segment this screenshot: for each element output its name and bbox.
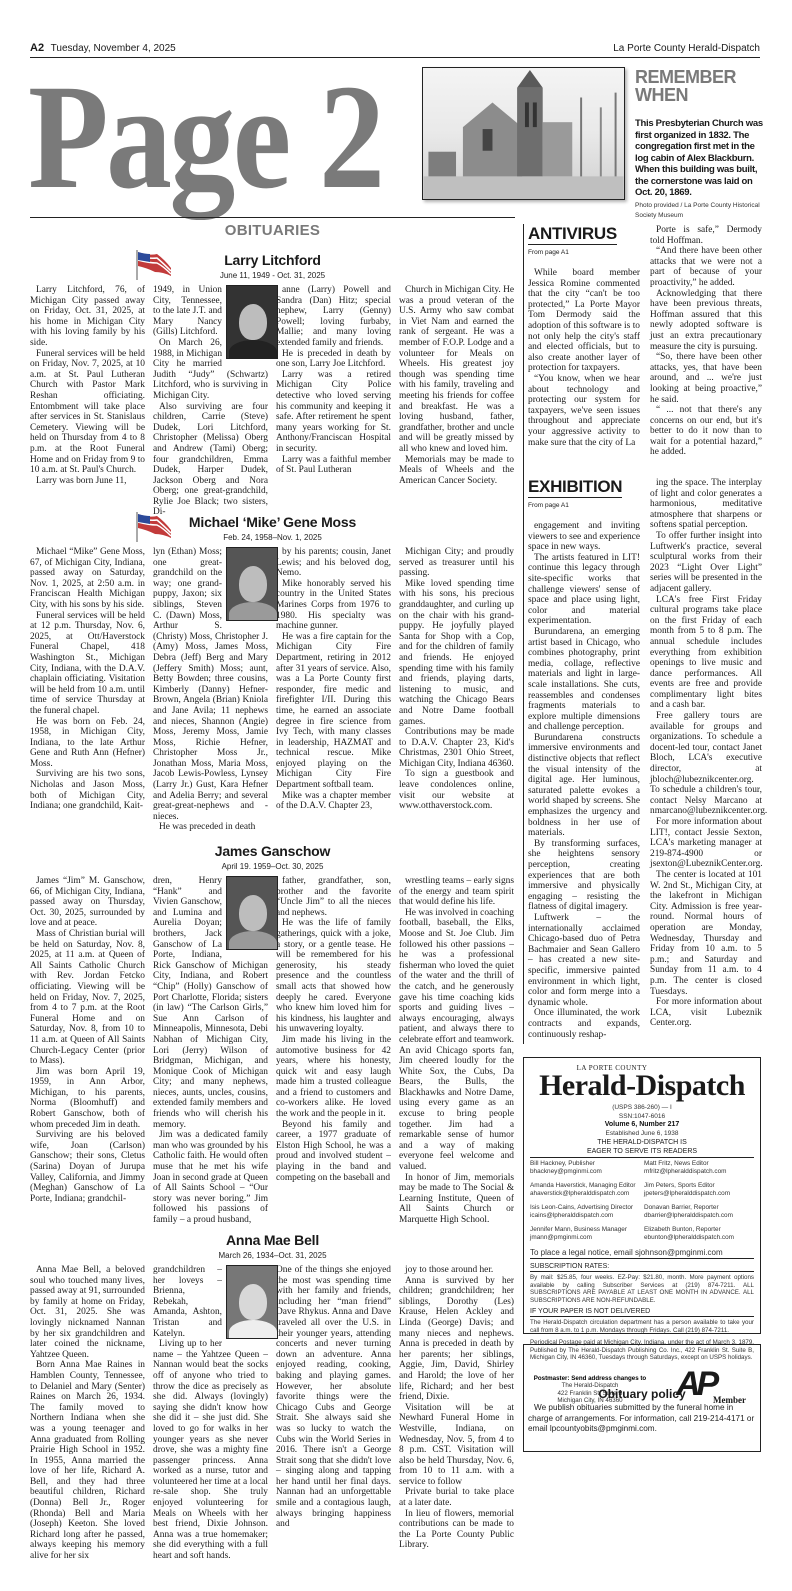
- staff-email[interactable]: dbarrier@lpheralddispatch.com: [644, 1212, 754, 1220]
- obituary-policy-box: Obituary policy We publish obituaries su…: [523, 1344, 761, 1452]
- obituary-column: Anna Mae Bell, a beloved soul who touche…: [30, 1265, 145, 1562]
- obituary-name: Larry Litchford: [30, 252, 515, 268]
- story-column: engagement and inviting viewers to see a…: [528, 521, 640, 1040]
- obituary-column: 1949, in Union City, Tennessee, to the l…: [153, 285, 268, 518]
- issue-date: Tuesday, November 4, 2025: [51, 43, 176, 54]
- obituary-column: James “Jim” M. Ganschow, 66, of Michigan…: [30, 876, 145, 1226]
- obituary-column: by his parents; cousin, Janet Lewis; and…: [276, 547, 391, 833]
- obituary-column: lyn (Ethan) Moss; one great-grandchild o…: [153, 547, 268, 833]
- exhibition-story: EXHIBITION From page A1 engagement and i…: [520, 478, 765, 1040]
- staff-list: Bill Hackney, Publisherbhackney@pmginmi.…: [530, 1160, 754, 1242]
- photo-credit: Photo provided / La Porte County Histori…: [635, 201, 765, 221]
- portrait-photo: [226, 547, 278, 621]
- policy-title: Obituary policy: [528, 1387, 756, 1401]
- header-left: A2 Tuesday, November 4, 2025: [30, 42, 176, 54]
- obituary-ganschow: James Ganschow April 19. 1959–Oct. 30, 2…: [30, 843, 515, 1226]
- obituary-moss: Michael ‘Mike’ Gene Moss Feb. 24, 1958–N…: [30, 514, 515, 833]
- policy-text: We publish obituaries submitted by the f…: [528, 1403, 756, 1435]
- staff-email[interactable]: icains@lpheralddispatch.com: [530, 1212, 640, 1220]
- subscription-text: By mail: $25.85, four weeks. EZ-Pay: $21…: [530, 1274, 754, 1304]
- staff-email[interactable]: jmann@pmginmi.com: [530, 1234, 640, 1242]
- masthead-box: LA PORTE COUNTY Herald-Dispatch (USPS 38…: [523, 1057, 761, 1334]
- obituary-column: Larry Litchford, 76, of Michigan City pa…: [30, 285, 145, 518]
- staff-entry: Jim Peters, Sports Editorjpeters@lpheral…: [644, 1182, 754, 1198]
- obituary-dates: June 11, 1949 - Oct. 31, 2025: [30, 271, 515, 280]
- obituary-column: Michigan City; and proudly served as tre…: [399, 547, 514, 833]
- portrait-photo: [226, 285, 278, 359]
- portrait-photo: [226, 876, 278, 950]
- divider: [30, 217, 515, 218]
- section-title: Page 2: [28, 62, 382, 212]
- not-delivered-text: The Herald-Dispatch circulation departme…: [530, 1319, 754, 1334]
- staff-email[interactable]: ebunton@lpheralddispatch.com: [644, 1234, 754, 1242]
- staff-entry: Donavan Barrier, Reporterdbarrier@lphera…: [644, 1204, 754, 1220]
- american-flag-icon: [135, 250, 173, 280]
- story-kicker: EXHIBITION: [528, 478, 622, 498]
- church-illustration-icon: [423, 68, 624, 199]
- staff-entry: Jennifer Mann, Business Managerjmann@pmg…: [530, 1226, 640, 1242]
- ssn-number: SSN:1047-6016: [530, 1113, 754, 1122]
- staff-entry: Isis Leon-Cains, Advertising Directorica…: [530, 1204, 640, 1220]
- obituary-column: Michael “Mike” Gene Moss, 67, of Michiga…: [30, 547, 145, 833]
- obituary-bell: Anna Mae Bell March 26, 1934–Oct. 31, 20…: [30, 1232, 515, 1562]
- staff-entry: Elizabeth Bunton, Reporterebunton@lphera…: [644, 1226, 754, 1242]
- staff-email[interactable]: bhackney@pmginmi.com: [530, 1168, 640, 1176]
- subscription-heading: SUBSCRIPTION RATES:: [530, 1263, 754, 1272]
- staff-entry: Bill Hackney, Publisherbhackney@pmginmi.…: [530, 1160, 640, 1176]
- obituary-dates: March 26, 1934–Oct. 31, 2025: [30, 1251, 515, 1260]
- church-photo: [422, 67, 625, 200]
- obituary-column: dren, Henry “Hank” and Vivien Ganschow, …: [153, 876, 268, 1226]
- obituary-name: Anna Mae Bell: [30, 1232, 515, 1248]
- staff-email[interactable]: mfritz@lpheralddispatch.com: [644, 1168, 754, 1176]
- obituary-column: Church in Michigan City. He was a proud …: [399, 285, 514, 518]
- page-number: A2: [30, 42, 44, 54]
- obituary-litchford: Larry Litchford June 11, 1949 - Oct. 31,…: [30, 252, 515, 518]
- remember-when-caption: This Presbyterian Church was first organ…: [635, 118, 765, 199]
- obituary-dates: April 19. 1959–Oct. 30, 2025: [30, 862, 515, 871]
- not-delivered-heading: IF YOUR PAPER IS NOT DELIVERED: [530, 1308, 754, 1317]
- antivirus-story: ANTIVIRUS From page A1 While board membe…: [520, 225, 765, 458]
- staff-entry: Matt Fritz, News Editormfritz@lpheralddi…: [644, 1160, 754, 1176]
- obituary-column: joy to those around her.Anna is survived…: [399, 1265, 514, 1562]
- usps-number: (USPS 386-260) — I: [530, 1104, 754, 1113]
- obituary-column: wrestling teams – early signs of the ene…: [399, 876, 514, 1226]
- story-kicker: ANTIVIRUS: [528, 225, 617, 245]
- staff-email[interactable]: ahaverstick@lpheralddispatch.com: [530, 1190, 640, 1198]
- staff-entry: Amanda Haverstick, Managing Editorahaver…: [530, 1182, 640, 1198]
- obituaries-heading: OBITUARIES: [30, 222, 515, 239]
- story-column: Porte is safe,” Dermody told Hoffman.“An…: [650, 225, 762, 458]
- obituary-column: One of the things she enjoyed the most w…: [276, 1265, 391, 1562]
- remember-when-box: REMEMBER WHEN This Presbyterian Church w…: [635, 68, 765, 221]
- legal-notice: To place a legal notice, email sjohnson@…: [530, 1248, 754, 1259]
- paper-name: La Porte County Herald-Dispatch: [613, 43, 760, 54]
- obituary-column: anne (Larry) Powell and Sandra (Dan) Hit…: [276, 285, 391, 518]
- remember-when-title: REMEMBER WHEN: [635, 68, 765, 104]
- obituary-name: Michael ‘Mike’ Gene Moss: [30, 514, 515, 530]
- tagline: THE HERALD-DISPATCH IS EAGER TO SERVE IT…: [530, 1138, 754, 1158]
- portrait-photo: [226, 1265, 278, 1339]
- obituary-column: father, grandfather, son, brother and th…: [276, 876, 391, 1226]
- masthead-logo: Herald-Dispatch: [530, 1072, 754, 1100]
- american-flag-icon: [135, 512, 173, 542]
- obituary-name: James Ganschow: [30, 843, 515, 859]
- volume-number: Volume 6, Number 217: [605, 1121, 680, 1128]
- jump-line: From page A1: [528, 502, 640, 509]
- staff-email[interactable]: jpeters@lpheralddispatch.com: [644, 1190, 754, 1198]
- established: Established June 6, 1938: [530, 1130, 754, 1139]
- story-column: While board member Jessica Romine commen…: [528, 268, 640, 448]
- obituary-column: grandchildren – her loveys – Brienna, Re…: [153, 1265, 268, 1562]
- story-column: ing the space. The interplay of light an…: [650, 478, 762, 1040]
- obituary-dates: Feb. 24, 1958–Nov. 1, 2025: [30, 533, 515, 542]
- jump-line: From page A1: [528, 249, 640, 256]
